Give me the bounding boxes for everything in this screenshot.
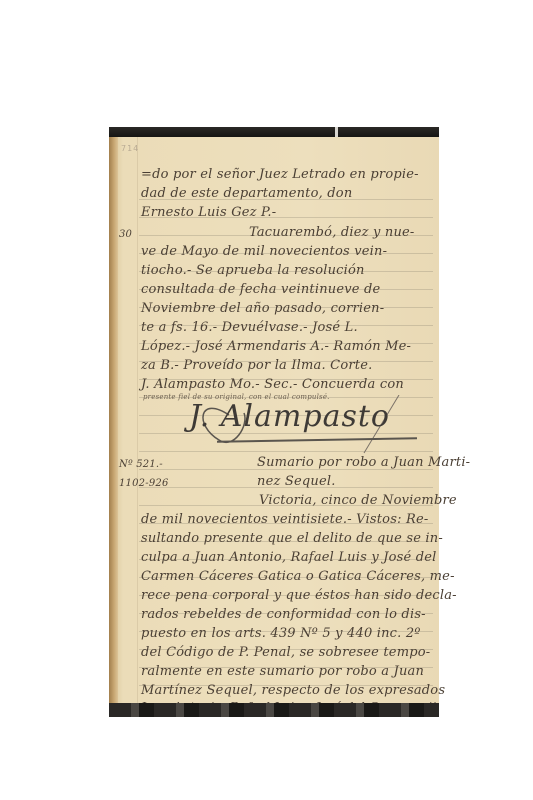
text-line: López.- José Armendaris A.- Ramón Me- [141, 339, 411, 354]
text-line: Martínez Sequel, respecto de los expresa… [141, 683, 445, 698]
text-line: Tacuarembó, diez y nue- [249, 225, 415, 240]
case-number: Nº 521.- [119, 459, 163, 470]
folio-mark: 714 [121, 144, 139, 153]
text-line: J. Alampasto Mo.- Sec.- Concuerda con [141, 377, 404, 392]
text-line: rece pena corporal y que éstos han sido … [141, 588, 457, 603]
margin-number: 30 [119, 229, 132, 240]
text-line: sultando presente que el delito de que s… [141, 531, 443, 546]
text-line: tiocho.- Se aprueba la resolución [141, 263, 365, 278]
text-line: ralmente en este sumario por robo a Juan [141, 664, 424, 679]
text-line: te a fs. 16.- Devuélvase.- José L. [141, 320, 358, 335]
signature: J. Alampasto [189, 399, 390, 434]
text-line: =do por el señor Juez Letrado en propie- [141, 167, 419, 182]
text-line: za B.- Proveído por la Ilma. Corte. [141, 358, 372, 373]
text-line: culpa a Juan Antonio, Rafael Luis y José… [141, 550, 437, 565]
case-title: Sumario por robo a Juan Marti- [257, 455, 470, 470]
text-line: Ernesto Luis Gez P.- [141, 205, 276, 220]
text-line: rados rebeldes de conformidad con lo dis… [141, 607, 426, 622]
text-line: dad de este departamento, don [141, 186, 352, 201]
ledger-page: 714 =do por el señor Juez Letrado en pro… [109, 137, 439, 704]
binding-bottom [109, 703, 439, 717]
text-line: del Código de P. Penal, se sobresee temp… [141, 645, 430, 660]
text-line: Carmen Cáceres Gatica o Gatica Cáceres, … [141, 569, 455, 584]
text-line: Victoria, cinco de Noviembre [259, 493, 457, 508]
ledger-book: 714 =do por el señor Juez Letrado en pro… [109, 127, 439, 717]
text-line: puesto en los arts. 439 Nº 5 y 440 inc. … [141, 626, 421, 641]
margin-line [137, 137, 138, 704]
text-line: de mil novecientos veintisiete.- Vistos:… [141, 512, 428, 527]
case-reference: 1102-926 [119, 478, 169, 489]
text-line: Noviembre del año pasado, corrien- [141, 301, 384, 316]
case-title: nez Sequel. [257, 474, 336, 489]
text-line: ve de Mayo de mil novecientos vein- [141, 244, 387, 259]
page-edge [109, 137, 118, 704]
text-line: consultada de fecha veintinueve de [141, 282, 380, 297]
